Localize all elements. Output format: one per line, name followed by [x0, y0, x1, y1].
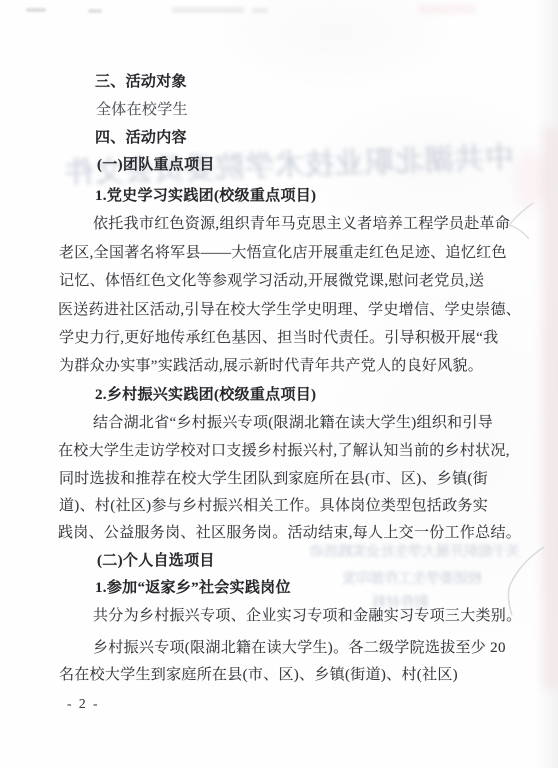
- item-heading: 2.乡村振兴实践团(校级重点项目): [95, 385, 316, 405]
- body-line: 学史力行,更好地传承红色基因、担当时代责任。引导积极开展“我: [59, 328, 498, 348]
- section-heading: 四、活动内容: [95, 128, 187, 148]
- document-page: 中共湖北职业技术学院委员会文件 关于组织开展大学生社会实践活动 校团委学生工作部…: [0, 0, 558, 768]
- body-line: 道)、村(社区)参与乡村振兴相关工作。具体岗位类型包括政务实: [59, 496, 488, 516]
- body-line: 结合湖北省“乡村振兴专项(限湖北籍在读大学生)组织和引导: [93, 413, 493, 433]
- scan-artifact: [172, 7, 244, 13]
- body-line: 老区,全国著名将军县——大悟宣化店开展重走红色足迹、追忆红色: [59, 243, 507, 263]
- body-line: 乡村振兴专项(限湖北籍在读大学生)。各二级学院选拔至少 20: [93, 638, 506, 658]
- subsection-heading: (一)团队重点项目: [97, 155, 215, 175]
- body-line: 全体在校学生: [96, 100, 188, 120]
- body-line: 为群众办实事”实践活动,展示新时代青年共产党人的良好风貌。: [59, 356, 483, 376]
- body-line: 共分为乡村振兴专项、企业实习专项和金融实习专项三大类别。: [93, 606, 521, 626]
- section-heading: 三、活动对象: [95, 72, 187, 92]
- body-line: 名在校大学生到家庭所在县(市、区)、乡镇(街道)、村(社区): [59, 665, 458, 685]
- item-heading: 1.党史学习实践团(校级重点项目): [95, 186, 316, 206]
- body-line: 在校大学生走访学校对口支援乡村振兴村,了解认知当前的乡村状况,: [58, 441, 510, 461]
- scan-artifact: [88, 9, 102, 13]
- scan-pink-corner-tint: [514, 150, 544, 210]
- body-line: 践岗、公益服务岗、社区服务岗。活动结束,每人上交一份工作总结。: [58, 523, 521, 543]
- page-number: - 2 -: [67, 694, 100, 714]
- scan-artifact: [418, 4, 476, 14]
- item-heading: 1.参加“返家乡”社会实践岗位: [95, 578, 291, 598]
- body-line: 医送药进社区活动,引导在校大学生学史明理、学史增信、学史崇德、: [58, 300, 521, 320]
- scan-pink-edge-tint: [542, 128, 558, 688]
- scan-edge-shadow: [536, 0, 558, 768]
- ink-bleedthrough-text: 校团委学生工作部印发: [342, 572, 482, 587]
- body-line: 记忆、体悟红色文化等参观学习活动,开展微党课,慰问老党员,送: [59, 271, 484, 291]
- ink-bleedthrough-row: 关于组织开展大学生社会实践活动: [296, 541, 520, 561]
- ink-bleedthrough-row: 校团委学生工作部印发: [306, 568, 482, 588]
- body-line: 同时选拔和推荐在校大学生团队到家庭所在县(市、区)、乡镇(街: [59, 469, 488, 489]
- scan-artifact: [26, 8, 46, 12]
- subsection-heading: (二)个人自选项目: [97, 551, 215, 571]
- body-line: 依托我市红色资源,组织青年马克思主义者培养工程学员赴革命: [93, 214, 510, 234]
- scan-artifact: [252, 8, 268, 13]
- ink-bleedthrough-text: 关于组织开展大学生社会实践活动: [310, 545, 520, 560]
